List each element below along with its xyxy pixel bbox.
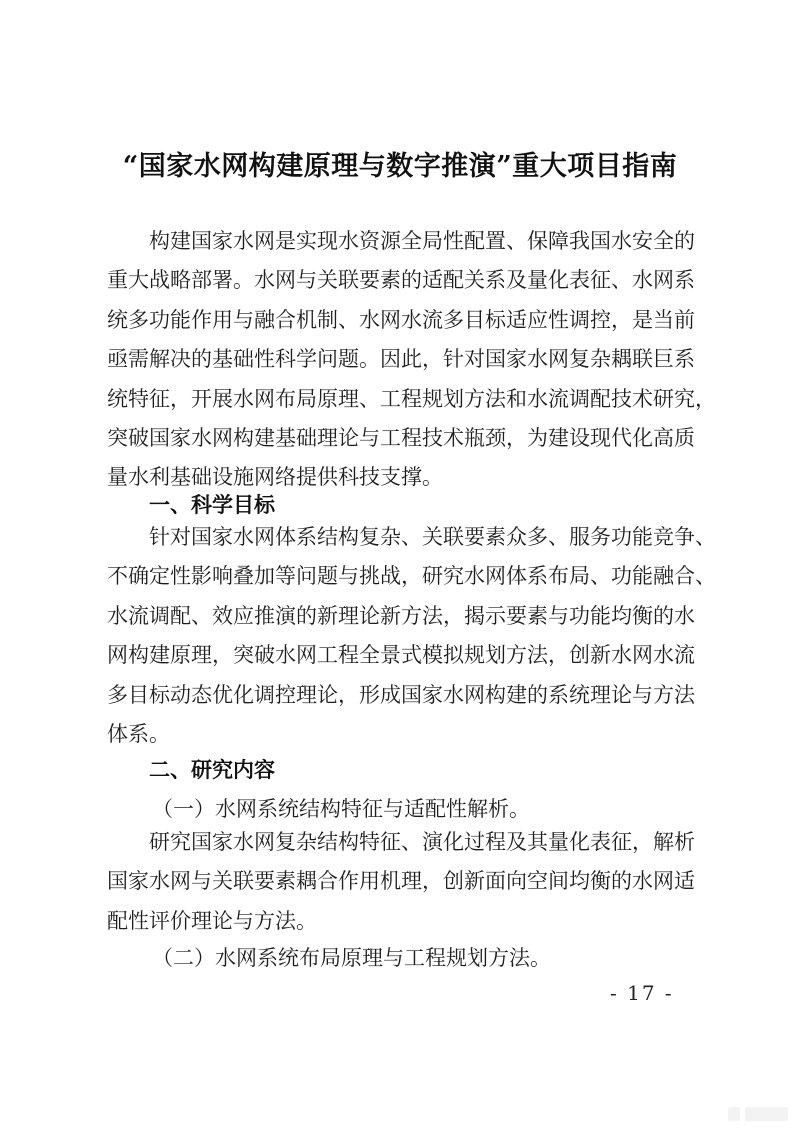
paragraph-line: 研究国家水网复杂结构特征、演化过程及其量化表征，解析 — [107, 823, 697, 862]
paragraph-line: 构建国家水网是实现水资源全局性配置、保障我国水安全的 — [107, 222, 697, 261]
watermark-logo-icon — [728, 1107, 788, 1121]
document-page: “国家水网构建原理与数字推演”重大项目指南 构建国家水网是实现水资源全局性配置、… — [0, 0, 800, 1131]
document-title: “国家水网构建原理与数字推演”重大项目指南 — [0, 144, 800, 183]
paragraph-line: 统多功能作用与融合机制、水网水流多目标适应性调控，是当前 — [107, 301, 697, 340]
paragraph-line: 水流调配、效应推演的新理论新方法，揭示要素与功能均衡的水 — [107, 597, 697, 636]
paragraph-line: 针对国家水网体系结构复杂、关联要素众多、服务功能竞争、 — [107, 518, 697, 557]
subsection-1-paragraph: 研究国家水网复杂结构特征、演化过程及其量化表征，解析 国家水网与关联要素耦合作用… — [107, 823, 697, 941]
subsection-heading-2: （二）水网系统布局原理与工程规划方法。 — [152, 942, 551, 972]
paragraph-line: 不确定性影响叠加等问题与挑战，研究水网体系布局、功能融合、 — [107, 557, 697, 596]
paragraph-line: 网构建原理，突破水网工程全景式模拟规划方法，创新水网水流 — [107, 636, 697, 675]
paragraph-line: 配性评价理论与方法。 — [107, 902, 697, 941]
science-goals-paragraph: 针对国家水网体系结构复杂、关联要素众多、服务功能竞争、 不确定性影响叠加等问题与… — [107, 518, 697, 754]
paragraph-line: 国家水网与关联要素耦合作用机理，创新面向空间均衡的水网适 — [107, 862, 697, 901]
section-heading-science-goals: 一、科学目标 — [149, 489, 275, 519]
paragraph-line: 多目标动态优化调控理论，形成国家水网构建的系统理论与方法 — [107, 676, 697, 715]
paragraph-line: 突破国家水网构建基础理论与工程技术瓶颈，为建设现代化高质 — [107, 419, 697, 458]
section-heading-research-content: 二、研究内容 — [149, 754, 275, 784]
subsection-heading-1: （一）水网系统结构特征与适配性解析。 — [152, 793, 530, 823]
paragraph-line: 统特征，开展水网布局原理、工程规划方法和水流调配技术研究， — [107, 380, 697, 419]
paragraph-line: 体系。 — [107, 715, 697, 754]
paragraph-line: 重大战略部署。水网与关联要素的适配关系及量化表征、水网系 — [107, 261, 697, 300]
paragraph-line: 亟需解决的基础性科学问题。因此，针对国家水网复杂耦联巨系 — [107, 340, 697, 379]
intro-paragraph: 构建国家水网是实现水资源全局性配置、保障我国水安全的 重大战略部署。水网与关联要… — [107, 222, 697, 498]
page-number: - 17 - — [610, 981, 674, 1005]
